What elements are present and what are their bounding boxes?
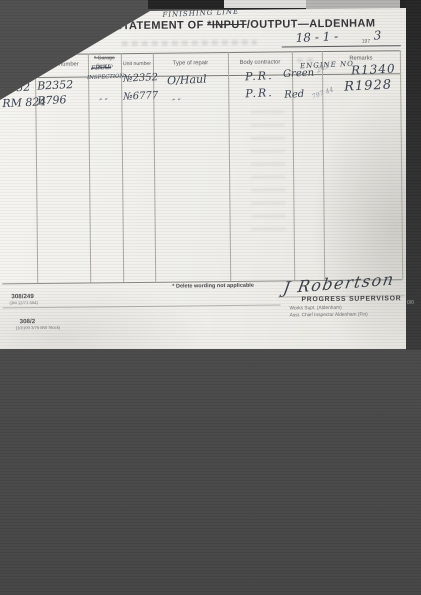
header-sent-to-line1: * Garage (88, 55, 121, 61)
header-type-of-repair: Type of repair (153, 60, 228, 67)
page-title: DAILY STATEMENT OF *INPUT/OUTPUT—ALDENHA… (62, 17, 392, 32)
column-line (121, 53, 124, 282)
signature: J Robertson (282, 269, 396, 297)
date-day-month: 18 - 1 - (295, 29, 338, 45)
column-line (228, 52, 231, 281)
edge-fragment: 0/0 (407, 300, 414, 306)
sent-to-cell-line1: FINAL (91, 64, 111, 72)
header-unit-number: Unit number (121, 61, 153, 67)
header-body-contractor: Body contractor (228, 59, 292, 66)
colour-cell: Red (284, 89, 304, 101)
column-line (88, 53, 91, 282)
date-year-printed: 197 (362, 39, 370, 45)
paper-sheet: FINISHING LINE DAILY STATEMENT OF *INPUT… (0, 8, 406, 349)
title-struck-input: *INPUT (207, 19, 247, 31)
finishing-line-annotation: FINISHING LINE (162, 8, 239, 19)
sheet-crease (3, 304, 281, 308)
column-line (322, 51, 325, 280)
fleet-number-cell: 2352 (2, 81, 31, 95)
unit-number-cell: №2352 (123, 72, 158, 85)
under-sheet-edge (224, 0, 306, 8)
signatory-title: PROGRESS SUPERVISOR (301, 295, 401, 303)
title-prefix: DAILY STATEMENT OF (78, 19, 208, 32)
title-suffix: /OUTPUT—ALDENHAM (247, 17, 376, 30)
column-line (292, 51, 295, 280)
form-reference-2-sub: (10/100 3/75 BW Stock) (16, 325, 61, 330)
distribution-line-1: Works Supt. (Aldenham) (290, 306, 342, 312)
unit-number-cell: №6777 (123, 90, 158, 103)
column-line (400, 50, 403, 279)
delete-wording-footnote: * Delete wording not applicable (172, 283, 254, 290)
body-contractor-cell: P.R. (245, 69, 274, 83)
scanned-page: 0/0 FINISHING LINE DAILY STATEMENT OF *I… (0, 0, 421, 595)
date-underline (282, 45, 401, 47)
body-contractor-cell: P.R. (245, 86, 274, 100)
column-line (153, 53, 156, 282)
header-body-number: Body number (35, 61, 88, 68)
sent-to-ditto: ″ ″ (99, 97, 108, 106)
colour-cell: Green (283, 68, 315, 80)
engine-number-cell: R1928 (344, 77, 393, 94)
form-reference-1-sub: (3M 12/71 504) (9, 300, 37, 305)
bleed-through-marks (250, 110, 285, 240)
body-number-cell: B2352 (37, 78, 74, 93)
table-top-rule (0, 50, 400, 55)
sent-to-cell-line2: INSPECTION (87, 73, 124, 81)
scanner-right-band (406, 0, 421, 350)
engine-number-cell: R1340 (351, 62, 396, 78)
type-of-repair-cell: O/Haul (167, 73, 207, 88)
date-year-hand: 3 (373, 28, 381, 42)
faint-stamp (122, 40, 257, 46)
distribution-line-2: Asst. Chief Inspector Aldenham (Fin) (290, 313, 368, 319)
repair-ditto: ″ ″ (172, 97, 181, 106)
body-number-cell: B796 (37, 93, 67, 107)
